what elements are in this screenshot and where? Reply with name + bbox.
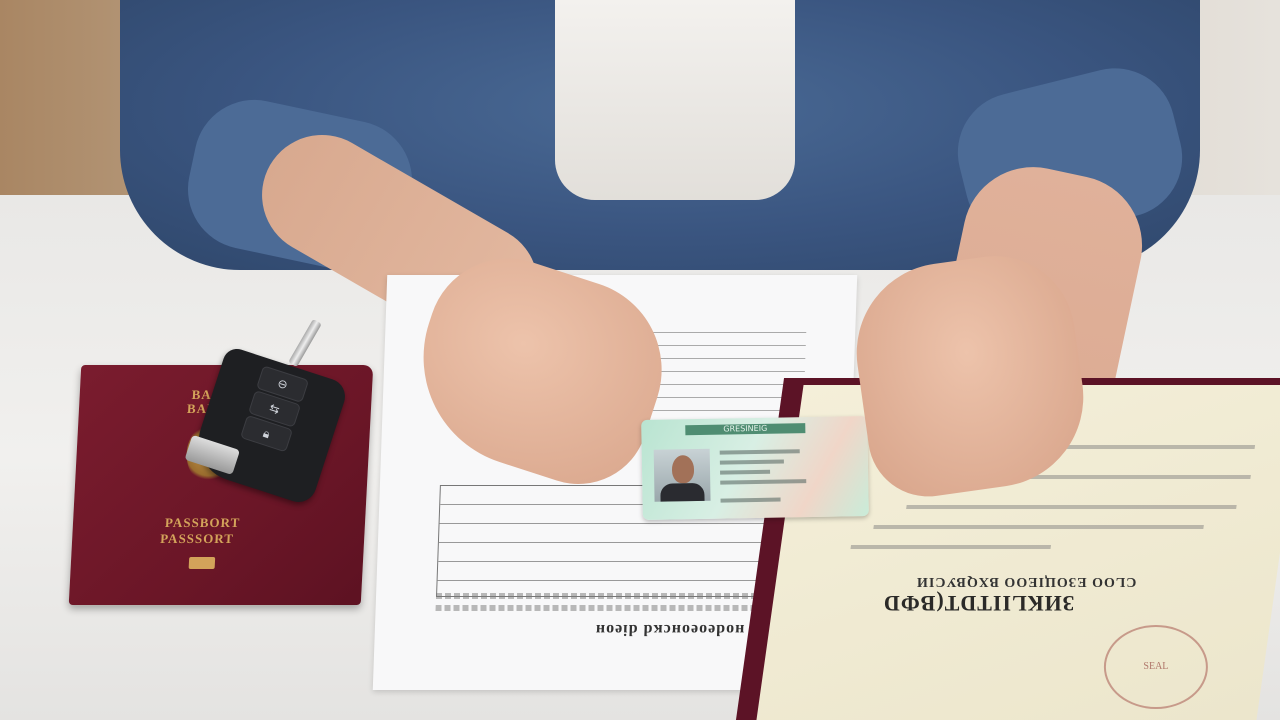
passport-title-2: PASSSORT	[160, 531, 235, 547]
id-text-line	[720, 459, 784, 464]
id-text-line	[721, 498, 781, 503]
id-face	[672, 455, 694, 483]
id-card-header: GRESINEIG	[685, 423, 805, 435]
certificate-text-line	[1055, 445, 1256, 449]
id-text-line	[720, 470, 770, 475]
form-text-line	[436, 593, 796, 599]
white-t-shirt	[555, 0, 795, 200]
certificate-text-line	[1000, 475, 1251, 479]
certificate-text-line	[873, 525, 1204, 529]
stamp-seal: SEAL	[1104, 625, 1208, 709]
id-portrait-photo	[654, 449, 711, 502]
id-text-line	[720, 479, 806, 485]
certificate-title: ЗИКLIIТDТ(ВФD	[883, 590, 1075, 616]
passport-title-1: PASSBORT	[165, 515, 241, 531]
certificate-text-line	[906, 505, 1237, 509]
id-shoulders	[660, 483, 704, 502]
form-title: ноdеоеонскd dіеон	[595, 620, 745, 638]
biometric-chip-icon	[189, 557, 216, 569]
certificate-subtitle: СLОО ЕЗОЦІЕОО ВХQВУСІИ	[916, 573, 1136, 589]
id-text-line	[720, 449, 800, 454]
form-text-line	[436, 605, 796, 611]
certificate-text-line	[850, 545, 1051, 549]
photo-id-card: GRESINEIG	[641, 416, 869, 520]
